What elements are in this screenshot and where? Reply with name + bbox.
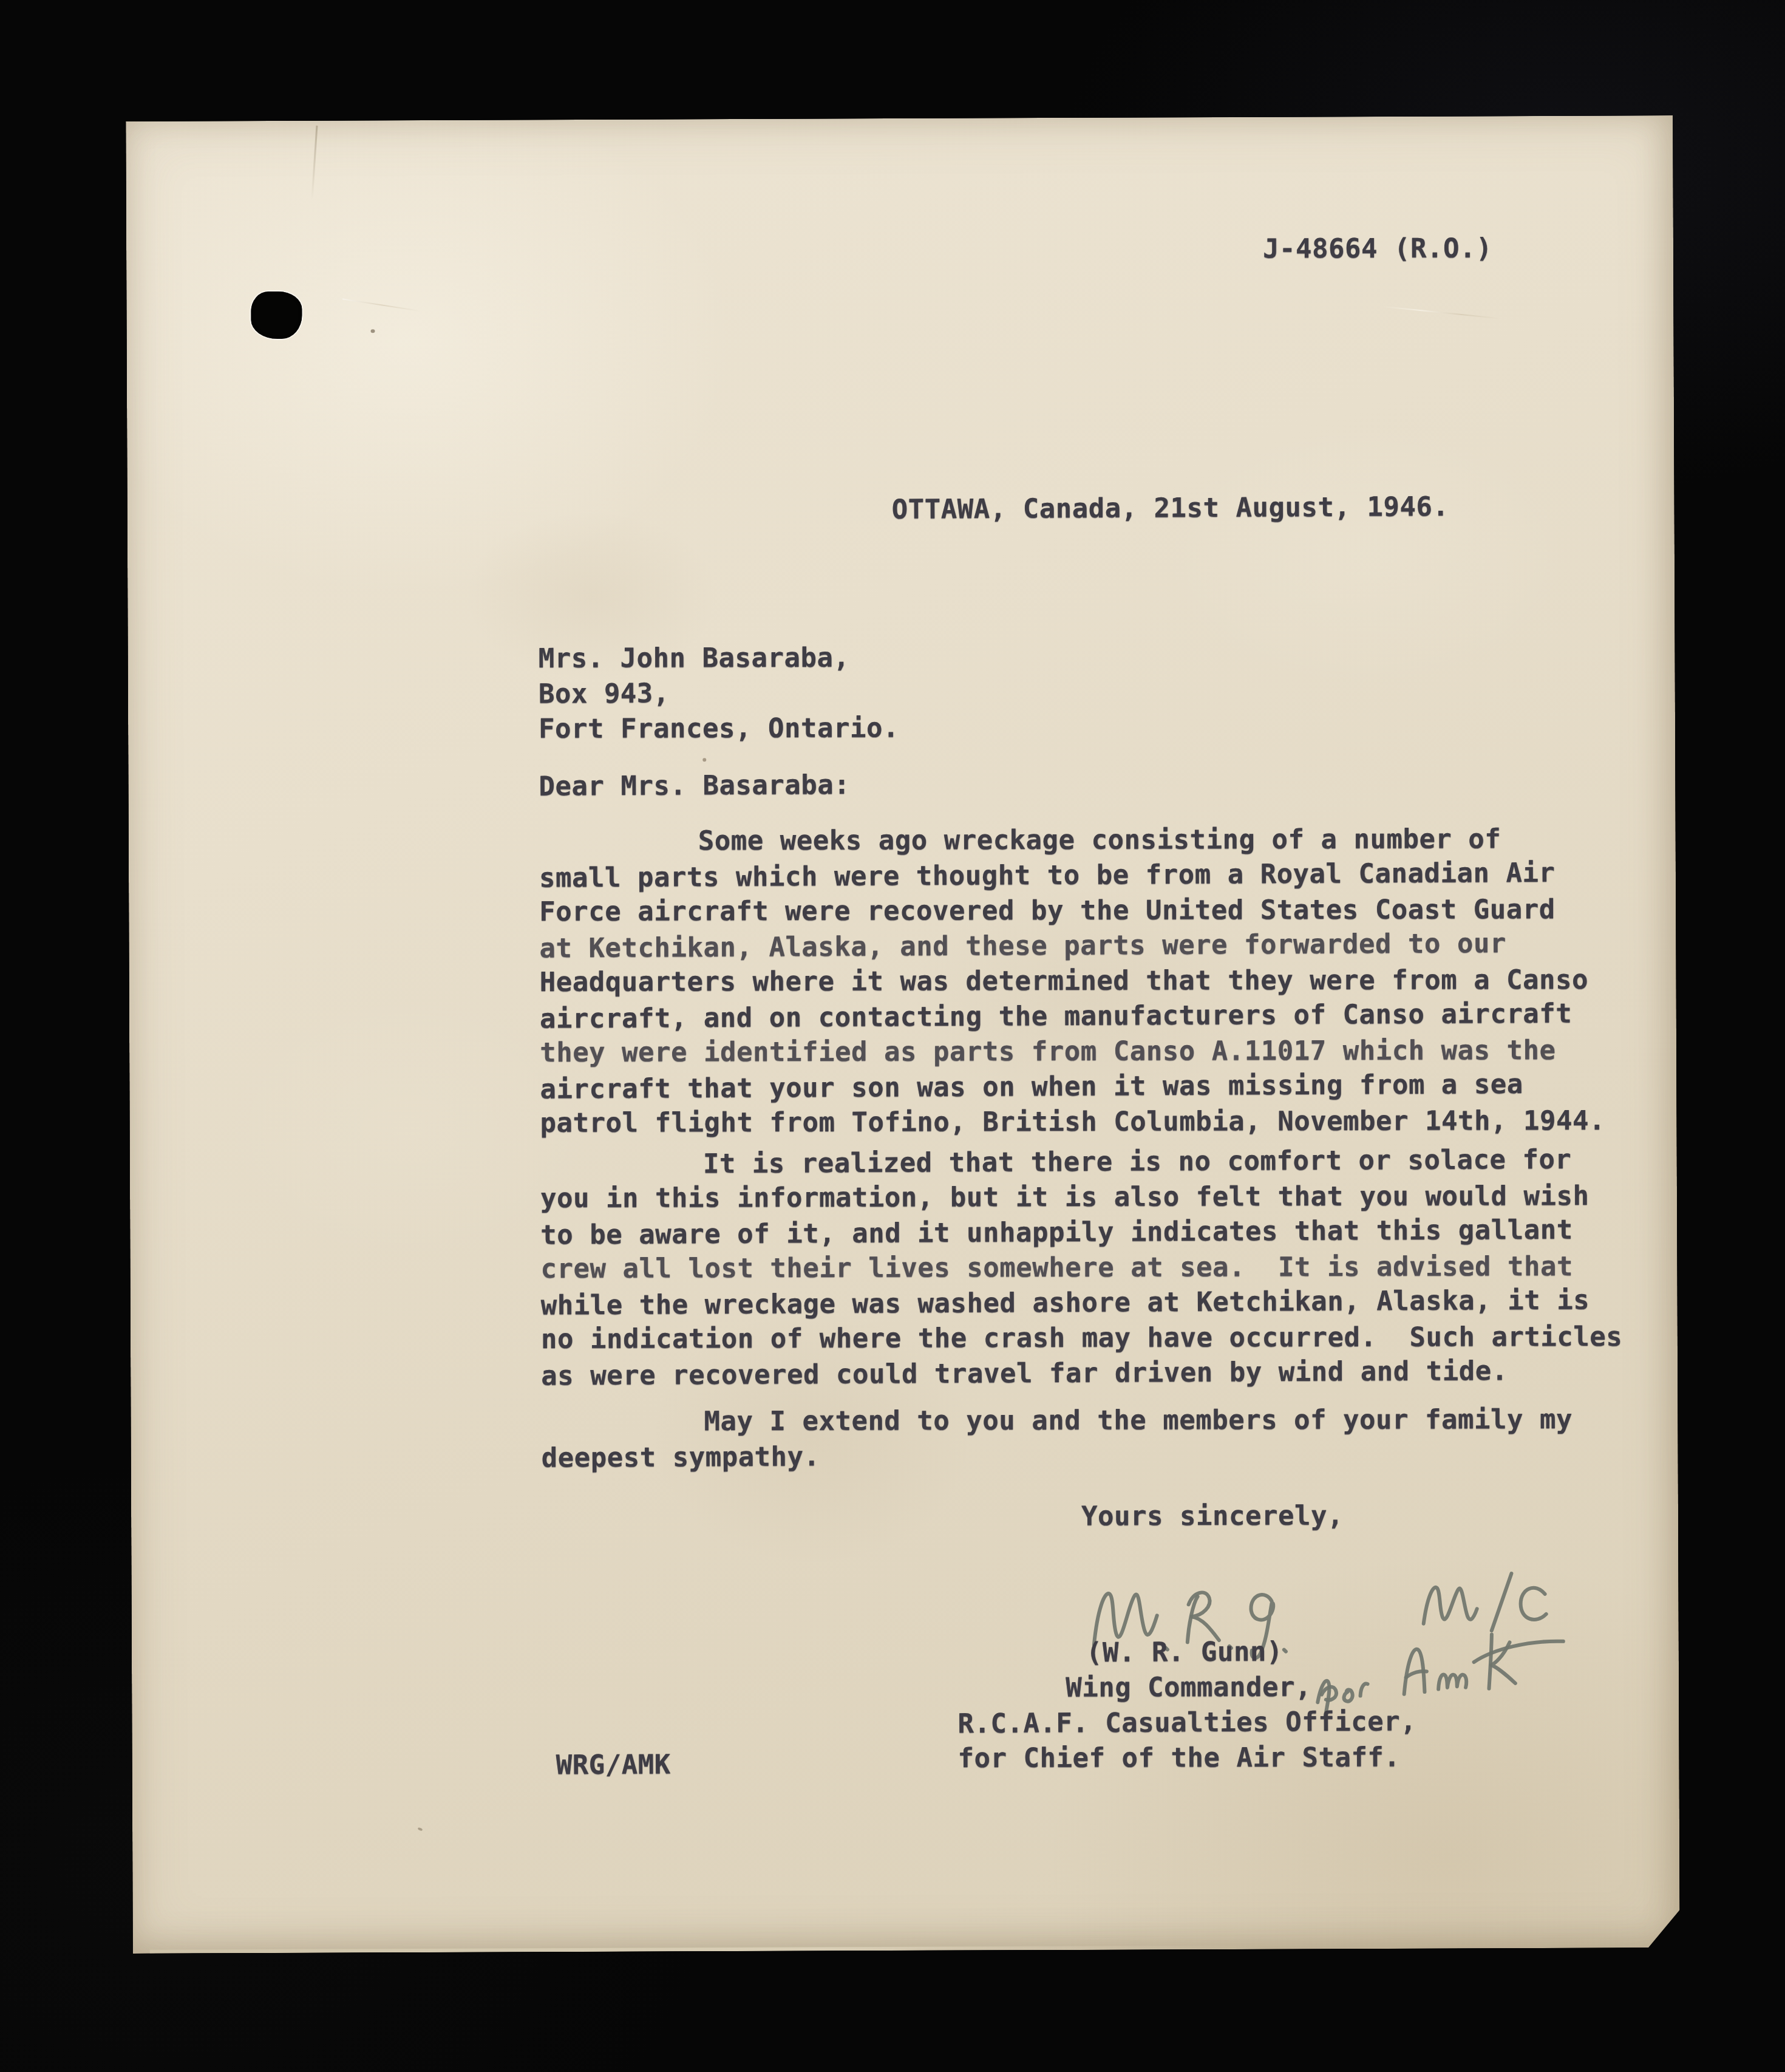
- salutation: Dear Mrs. Basaraba:: [539, 769, 850, 803]
- body-line: May I extend to you and the members of y…: [704, 1404, 1572, 1437]
- recipient-name: Mrs. John Basaraba,: [539, 642, 850, 675]
- signer-title-office: R.C.A.F. Casualties Officer,: [957, 1706, 1416, 1740]
- signer-typed-name: (W. R. Gunn): [1086, 1636, 1283, 1669]
- recipient-city: Fort Frances, Ontario.: [539, 712, 899, 745]
- body-line: they were identified as parts from Canso…: [540, 1035, 1556, 1069]
- typist-initials: WRG/AMK: [556, 1749, 670, 1781]
- wrinkle-right-of-hole: [342, 298, 421, 312]
- body-line: Some weeks ago wreckage consisting of a …: [698, 823, 1501, 857]
- body-line: as were recovered could travel far drive…: [541, 1355, 1508, 1392]
- body-line: It is realized that there is no comfort …: [703, 1144, 1572, 1180]
- body-line: aircraft, and on contacting the manufact…: [540, 998, 1572, 1035]
- signer-title-rank: Wing Commander,: [1066, 1672, 1311, 1704]
- body-line: you in this information, but it is also …: [540, 1181, 1589, 1215]
- dateline: OTTAWA, Canada, 21st August, 1946.: [892, 491, 1449, 526]
- punch-hole: [251, 291, 302, 339]
- top-crease-line: [311, 126, 318, 200]
- paper-speck: [418, 1827, 423, 1832]
- body-line: to be aware of it, and it unhappily indi…: [540, 1215, 1573, 1252]
- recipient-address: Box 943,: [539, 678, 670, 710]
- body-line: aircraft that your son was on when it wa…: [540, 1069, 1523, 1105]
- body-line: small parts which were thought to be fro…: [539, 857, 1555, 895]
- photo-background: { "photo": { "background_color": "#06060…: [0, 0, 1785, 2072]
- body-line: while the wreckage was washed ashore at …: [541, 1284, 1590, 1321]
- paper-bottom-edge-highlight: [150, 1946, 1264, 1954]
- body-line: deepest sympathy.: [542, 1441, 820, 1474]
- body-line: crew all lost their lives somewhere at s…: [540, 1251, 1573, 1285]
- body-line: at Ketchikan, Alaska, and these parts we…: [539, 928, 1506, 964]
- signer-title-authority: for Chief of the Air Staff.: [958, 1742, 1401, 1774]
- closing: Yours sincerely,: [1081, 1501, 1344, 1533]
- reference-number: J-48664 (R.O.): [1263, 233, 1492, 265]
- letter-paper: J-48664 (R.O.) OTTAWA, Canada, 21st Augu…: [126, 115, 1680, 1954]
- paper-speck: [371, 329, 375, 333]
- diagonal-crease-upper-right: [1382, 306, 1500, 319]
- paper-speck: [702, 758, 706, 762]
- body-line: Force aircraft were recovered by the Uni…: [539, 894, 1555, 928]
- body-line: Headquarters where it was determined tha…: [540, 964, 1588, 998]
- body-line: patrol flight from Tofino, British Colum…: [540, 1105, 1605, 1139]
- body-line: no indication of where the crash may hav…: [541, 1321, 1622, 1355]
